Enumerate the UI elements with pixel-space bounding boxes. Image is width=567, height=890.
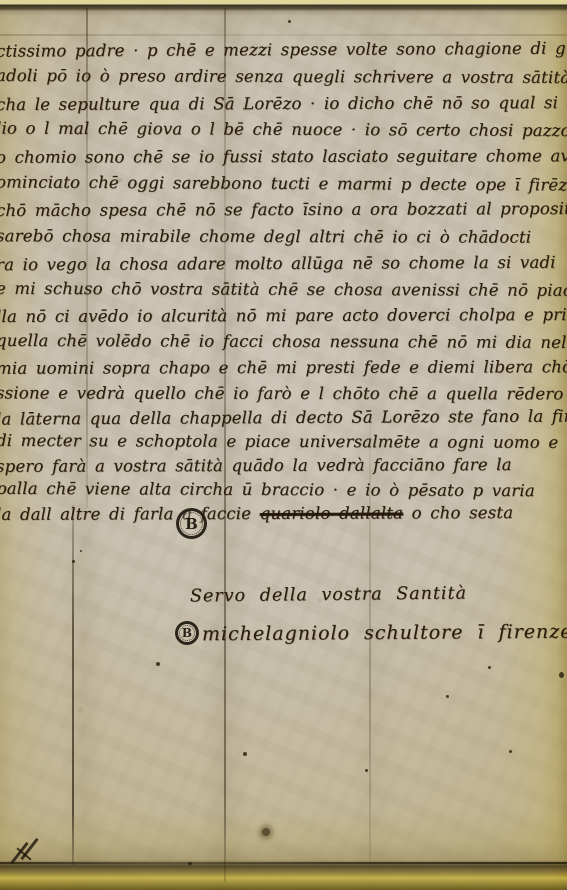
closing-salutation: Servo della vostra Santità: [190, 586, 467, 606]
letter-line: lio o l mal chē giova o l bē chē nuoce ·…: [0, 121, 567, 140]
crossed-out-words: quariolo dallalta: [260, 503, 404, 523]
letter-line: ra io vego la chosa adare molto allūga n…: [0, 255, 556, 274]
letter-line: quella chē volēdo chē io facci chosa nes…: [0, 333, 567, 352]
ink-spot: [488, 666, 491, 669]
letter-line: lla nō ci avēdo io alcurità nō mi pare a…: [0, 307, 567, 326]
ink-spot: [156, 662, 160, 666]
letter-line: palla chē viene alta circha ū braccio · …: [0, 481, 535, 500]
letter-line: ominciato chē oggi sarebbono tucti e mar…: [0, 174, 567, 194]
letter-line: chō mācho spesa chē nō se facto īsino a …: [0, 201, 567, 220]
ink-spot: [262, 828, 270, 836]
letter-photograph: ctissimo padre · p chē e mezzi spesse vo…: [0, 0, 567, 890]
letter-line: e mi schuso chō vostra sātità chē se cho…: [0, 281, 567, 300]
ink-spot: [365, 769, 368, 772]
letter-line: mia uomini sopra chapo e chē mi presti f…: [0, 359, 567, 377]
signature-michelangelo: michelagniolo schultore ī firenze: [202, 623, 567, 645]
ink-spot: [559, 672, 564, 678]
letter-line: di mecter su e schoptola e piace univers…: [0, 433, 567, 452]
letter-line: ctissimo padre · p chē e mezzi spesse vo…: [0, 40, 567, 60]
fold-crease-horizontal: [0, 34, 567, 36]
letter-line: adoli pō io ò preso ardire senza quegli …: [0, 68, 567, 87]
letter-line: o chomio sono chē se io fussi stato lasc…: [0, 148, 567, 166]
ink-spot: [446, 695, 449, 698]
ink-spot: [72, 560, 75, 563]
stamp-monogram: B: [182, 626, 192, 640]
library-stamp-icon: B: [176, 508, 207, 539]
letter-line: cha le sepulture qua di Sā Lorēzo · io d…: [0, 95, 567, 114]
letter-line-text: la dall altre di farla a faccie: [0, 504, 260, 524]
ink-spot: [80, 550, 82, 552]
letter-line: la dall altre di farla a faccie quariolo…: [0, 505, 513, 523]
letter-line-text: o cho sesta: [403, 503, 513, 522]
fold-crease-vertical: [72, 505, 74, 865]
letter-line: sarebō chosa mirabile chome degl altri c…: [0, 228, 531, 246]
library-stamp-icon: B: [175, 621, 199, 645]
letter-line-text: ssione e vedrà quello chē io farò e l ch…: [0, 383, 567, 403]
ink-spot: [243, 752, 247, 756]
ink-spot: [188, 862, 192, 865]
letter-line: spero farà a vostra sātità quādo la vedr…: [0, 457, 512, 475]
letter-line: la lāterna qua della chappella di decto …: [0, 408, 567, 428]
stamp-monogram: B: [185, 515, 198, 533]
ink-spot: [288, 20, 291, 23]
fold-crease-horizontal: [0, 862, 567, 864]
letter-line: ssione e vedrà quello chē io farò e l ch…: [0, 385, 567, 403]
ink-spot: [509, 750, 512, 753]
